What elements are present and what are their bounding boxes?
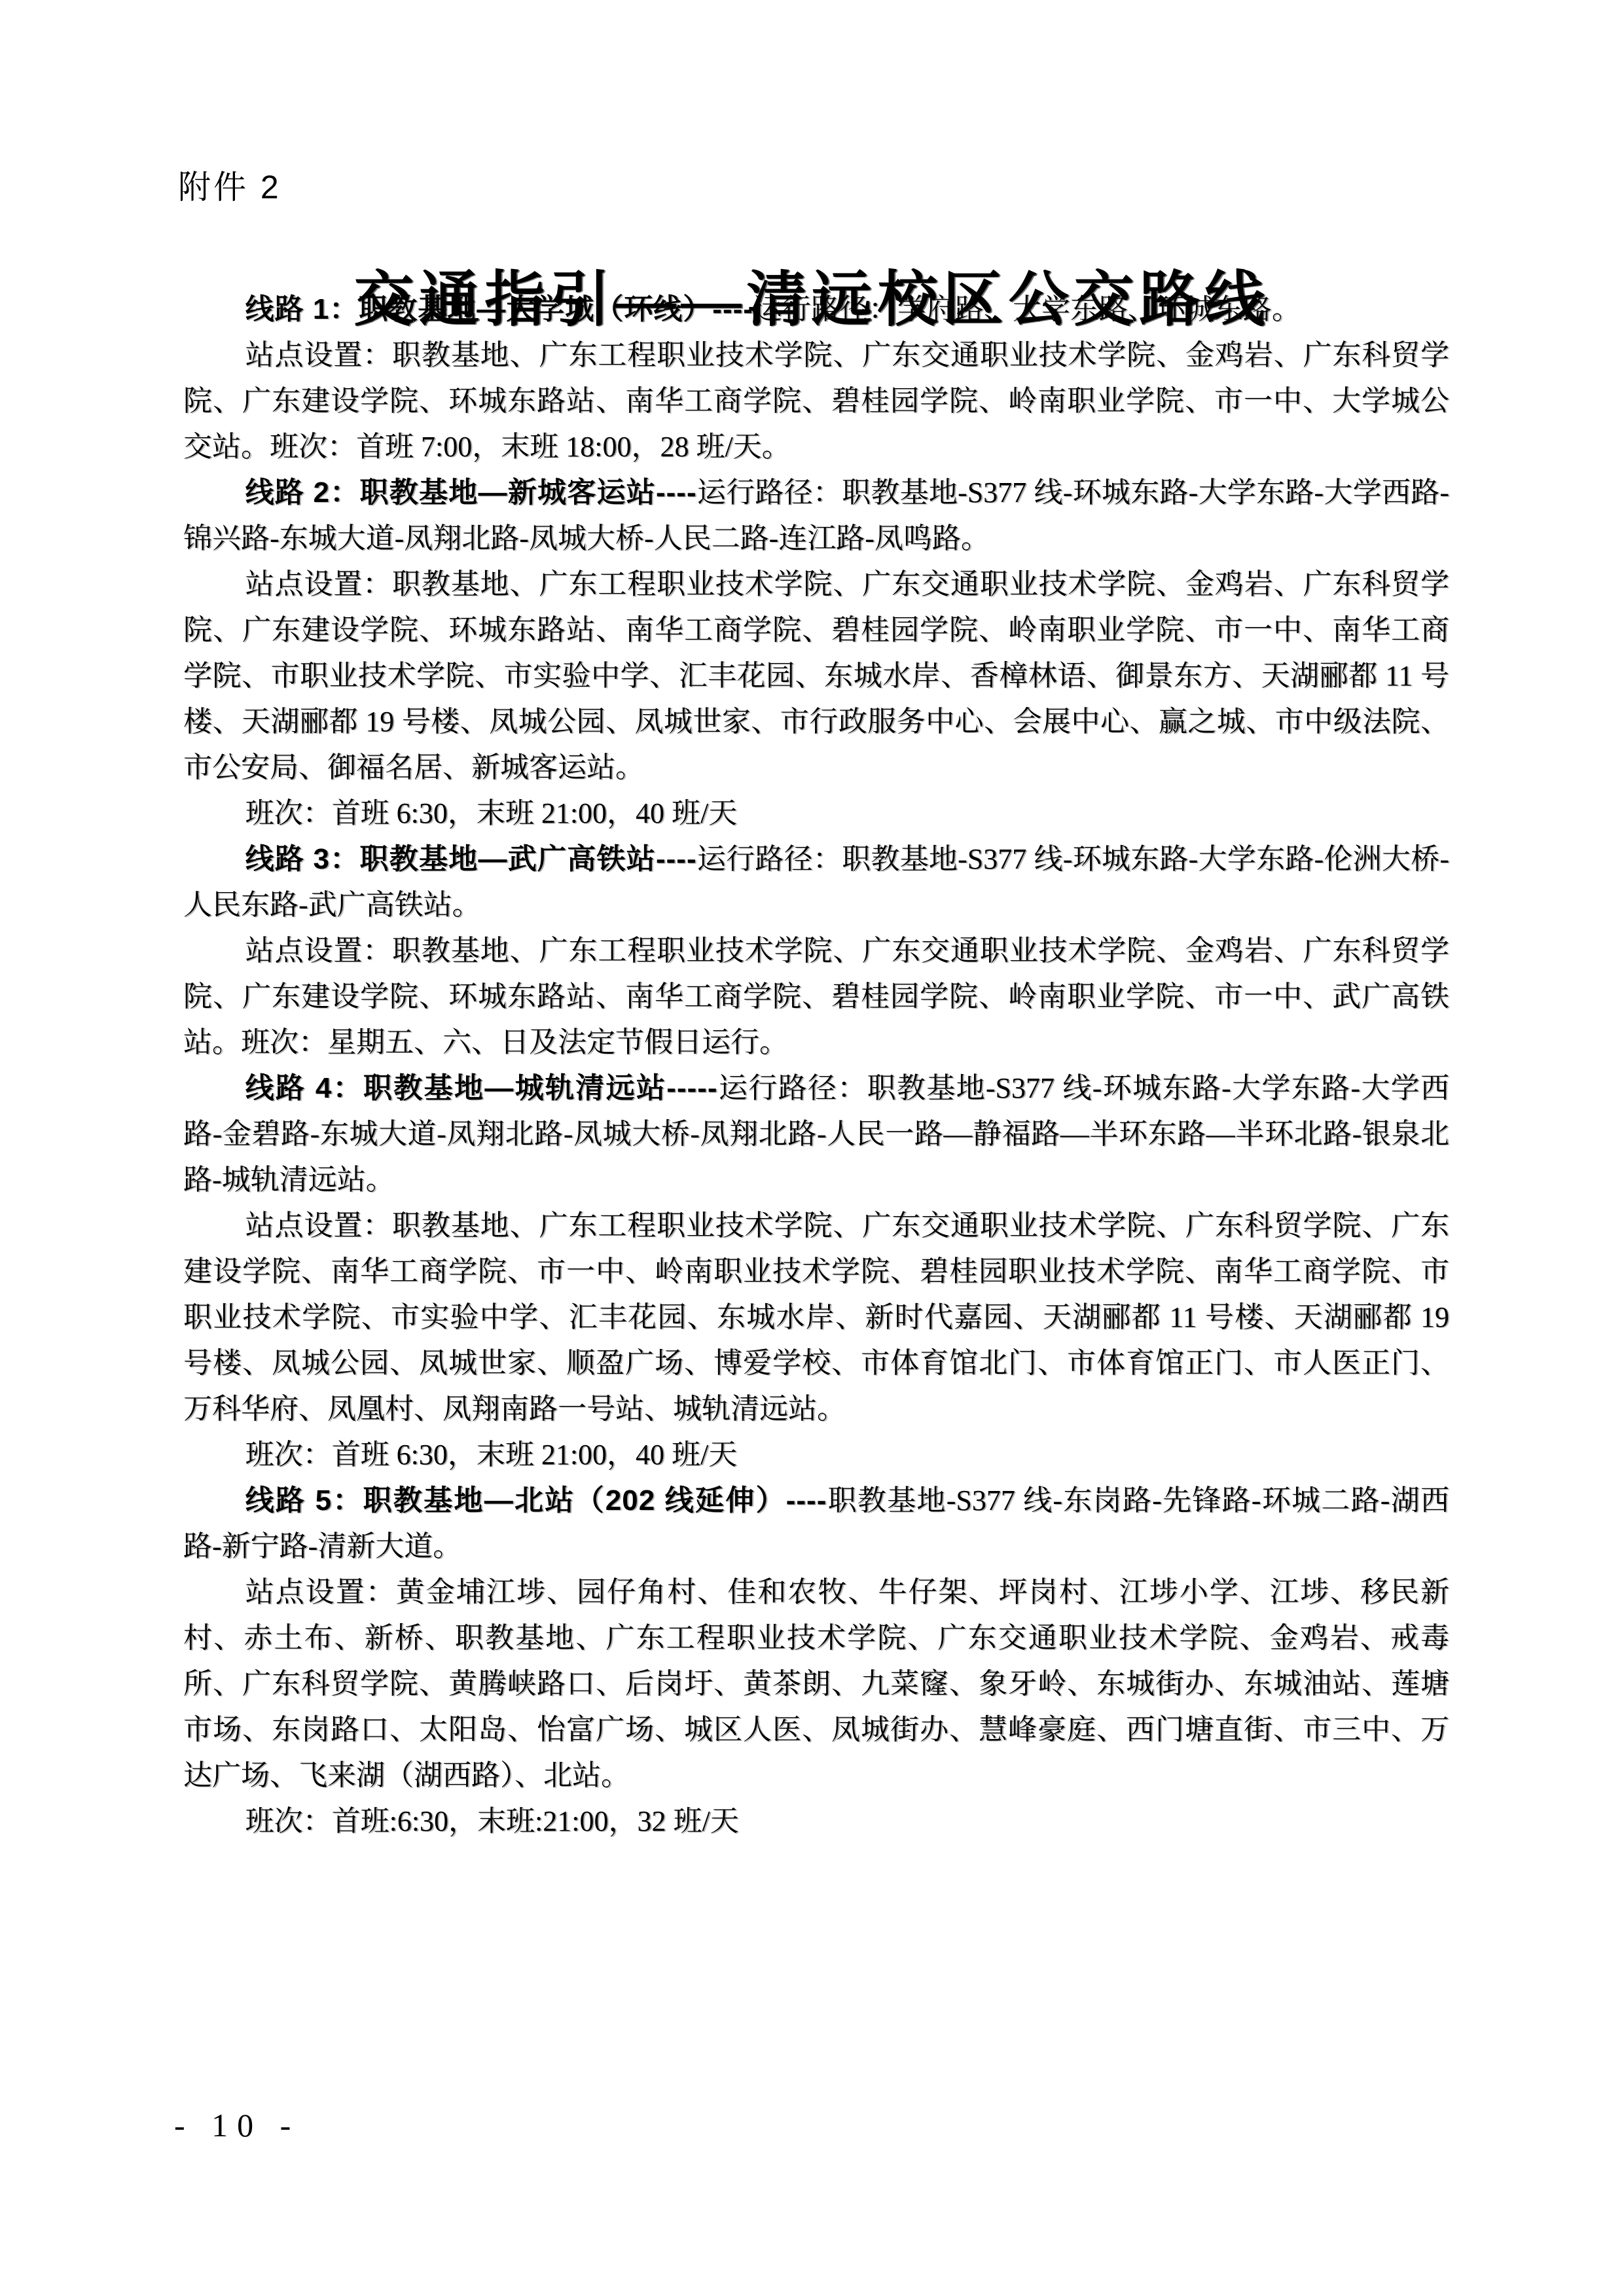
route-heading: 线路 3：职教基地—武广高铁站---- [245,843,697,875]
attachment-label: 附件 2 [178,161,281,208]
paragraph: 线路 2：职教基地—新城客运站----运行路径：职教基地-S377 线-环城东路… [183,470,1449,562]
paragraph-text: 站点设置：黄金埔江埗、园仔角村、佳和农牧、牛仔架、坪岗村、江埗小学、江埗、移民新… [183,1576,1449,1791]
route-heading: 线路 4：职教基地—城轨清远站----- [245,1072,718,1104]
paragraph: 班次：首班 6:30，末班 21:00，40 班/天 [183,1432,1449,1478]
paragraph: 站点设置：职教基地、广东工程职业技术学院、广东交通职业技术学院、金鸡岩、广东科贸… [183,562,1449,791]
route-heading: 线路 1：职教基地—大学城（环线）---- [245,293,753,325]
paragraph-text: 站点设置：职教基地、广东工程职业技术学院、广东交通职业技术学院、金鸡岩、广东科贸… [183,568,1449,783]
document-body: 线路 1：职教基地—大学城（环线）----运行路径：学府路、大学东路、环城东路。… [183,287,1449,1844]
route-heading: 线路 5：职教基地—北站（202 线延伸）---- [245,1484,827,1516]
paragraph-text: 班次：首班 6:30，末班 21:00，40 班/天 [245,1439,738,1471]
paragraph: 站点设置：职教基地、广东工程职业技术学院、广东交通职业技术学院、广东科贸学院、广… [183,1203,1449,1432]
paragraph-text: 站点设置：职教基地、广东工程职业技术学院、广东交通职业技术学院、金鸡岩、广东科贸… [183,935,1449,1058]
paragraph: 线路 5：职教基地—北站（202 线延伸）----职教基地-S377 线-东岗路… [183,1478,1449,1570]
paragraph: 线路 3：职教基地—武广高铁站----运行路径：职教基地-S377 线-环城东路… [183,836,1449,928]
paragraph: 班次：首班 6:30，末班 21:00，40 班/天 [183,791,1449,836]
paragraph: 线路 4：职教基地—城轨清远站-----运行路径：职教基地-S377 线-环城东… [183,1066,1449,1203]
paragraph-text: 站点设置：职教基地、广东工程职业技术学院、广东交通职业技术学院、广东科贸学院、广… [183,1210,1449,1425]
paragraph: 站点设置：黄金埔江埗、园仔角村、佳和农牧、牛仔架、坪岗村、江埗小学、江埗、移民新… [183,1570,1449,1799]
paragraph: 站点设置：职教基地、广东工程职业技术学院、广东交通职业技术学院、金鸡岩、广东科贸… [183,928,1449,1066]
paragraph-text: 班次：首班:6:30，末班:21:00，32 班/天 [245,1805,739,1837]
document-page: 附件 2 交通指引——清远校区公交路线 线路 1：职教基地—大学城（环线）---… [0,0,1624,2296]
paragraph: 站点设置：职教基地、广东工程职业技术学院、广东交通职业技术学院、金鸡岩、广东科贸… [183,332,1449,470]
paragraph: 线路 1：职教基地—大学城（环线）----运行路径：学府路、大学东路、环城东路。 [183,287,1449,332]
paragraph-text: 运行路径：学府路、大学东路、环城东路。 [753,293,1301,325]
paragraph-text: 站点设置：职教基地、广东工程职业技术学院、广东交通职业技术学院、金鸡岩、广东科贸… [183,339,1449,463]
page-number: - 10 - [174,2106,300,2144]
paragraph: 班次：首班:6:30，末班:21:00，32 班/天 [183,1799,1449,1844]
paragraph-text: 班次：首班 6:30，末班 21:00，40 班/天 [245,797,738,829]
route-heading: 线路 2：职教基地—新城客运站---- [245,476,697,509]
